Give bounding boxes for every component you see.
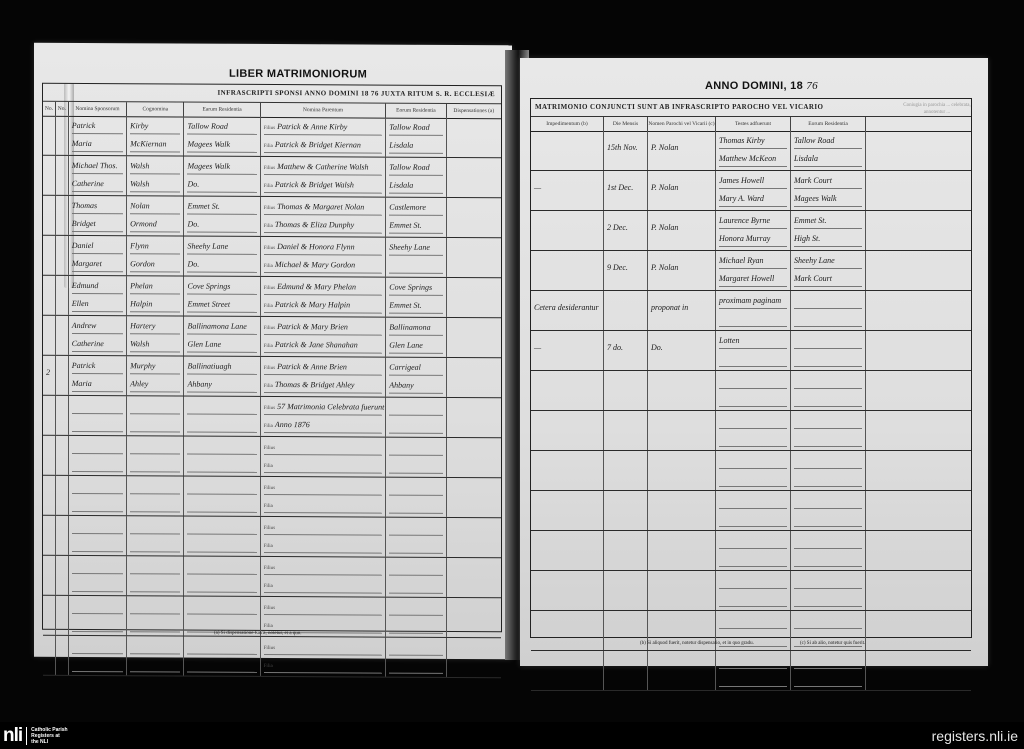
entry-subnumber-cell (56, 556, 69, 595)
impediment-cell (531, 131, 604, 170)
witness-residence-cell (791, 411, 866, 450)
witness-residence-cell (791, 291, 866, 330)
impediment-cell (531, 371, 604, 410)
priest-cell: Do. (648, 331, 716, 370)
impediment-cell (531, 251, 604, 290)
left-banner: INFRASCRIPTI SPONSI ANNO DOMINI 18 76 JU… (217, 89, 495, 98)
right-entries: 15th Nov.P. NolanThomas KirbyMatthew McK… (531, 131, 971, 691)
witness-residence-cell (791, 531, 866, 570)
blank-cell (866, 571, 971, 610)
blank-cell (866, 131, 971, 170)
residence-cell: Sheehy LaneDo. (184, 237, 260, 276)
left-page: LIBER MATRIMONIORUM INFRASCRIPTI SPONSI … (34, 43, 512, 660)
blank-cell (866, 371, 971, 410)
parents-cell: FiliusDaniel & Honora FlynnFiliaMichael … (261, 237, 387, 277)
table-row: EdmundEllenPhelanHalpinCove SpringsEmmet… (43, 276, 501, 318)
surnames-cell: KirbyMcKiernan (127, 116, 184, 155)
entry-number-cell (43, 596, 56, 635)
witnesses-cell (716, 651, 791, 690)
spouse-names-cell (69, 436, 127, 475)
entry-subnumber-cell (56, 276, 69, 315)
table-row: Michael Thos.CatherineWalshWalshMagees W… (43, 156, 501, 198)
dispensation-cell (447, 198, 501, 237)
col-header: Earum Residentia (184, 103, 260, 117)
col-header: Eorum Residentia (791, 117, 866, 131)
entry-number-cell (43, 116, 56, 155)
parents-residence-cell (386, 478, 446, 517)
col-header: Cognomina (127, 102, 184, 116)
dispensation-cell (447, 238, 501, 277)
blank-cell (866, 451, 971, 490)
date-cell (604, 531, 648, 570)
witness-residence-cell: Mark CourtMagees Walk (791, 171, 866, 210)
col-header: Nomen Parochi vel Vicarii (c) (648, 117, 716, 131)
date-cell (604, 371, 648, 410)
right-footnote-b: (b) Si aliquod fuerit, notetur dispensat… (640, 641, 754, 646)
dispensation-cell (447, 158, 501, 197)
residence-cell (184, 437, 260, 476)
surnames-cell (127, 636, 184, 675)
spouse-names-cell: AndrewCatherine (69, 316, 127, 355)
table-row: 2PatrickMariaMurphyAhleyBallinatiuaghAhb… (43, 356, 501, 398)
spouse-names-cell (69, 596, 127, 635)
entry-subnumber-cell (56, 476, 69, 515)
surnames-cell (127, 476, 184, 515)
witnesses-cell (716, 531, 791, 570)
witnesses-cell: Laurence ByrneHonora Murray (716, 211, 791, 250)
parents-cell: FiliusFilia (261, 637, 387, 677)
blank-cell (866, 651, 971, 690)
surnames-cell: PhelanHalpin (127, 276, 184, 315)
date-cell: 15th Nov. (604, 131, 648, 170)
surnames-cell (127, 556, 184, 595)
spouse-names-cell (69, 516, 127, 555)
nli-logo-text: Catholic Parish Registers at the NLI (31, 727, 67, 745)
table-row: FiliusFilia (43, 556, 501, 598)
dispensation-cell (447, 398, 501, 437)
impediment-cell: Cetera desiderantur (531, 291, 604, 330)
parents-cell: FiliusThomas & Margaret NolanFiliaThomas… (261, 197, 387, 237)
residence-cell: BallinatiuaghAhbany (184, 357, 260, 396)
dispensation-cell (447, 358, 501, 397)
parents-cell: FiliusFilia (261, 477, 387, 517)
witnesses-cell: proximam paginam (716, 291, 791, 330)
col-header: Nomina Parentum (261, 103, 387, 118)
marginal-note: Coniugia in parochia ... celebrata, anno… (892, 102, 982, 116)
priest-cell: P. Nolan (648, 211, 716, 250)
entry-number-cell (43, 236, 56, 275)
witnesses-cell (716, 371, 791, 410)
dispensation-cell (447, 518, 501, 557)
residence-cell (184, 637, 260, 676)
witness-residence-cell: Emmet St.High St. (791, 211, 866, 250)
col-header: Impedimentum (b) (531, 117, 604, 131)
parents-residence-cell (386, 558, 446, 597)
col-header: No. (56, 102, 69, 116)
witnesses-cell (716, 491, 791, 530)
priest-cell (648, 411, 716, 450)
table-row: —7 do.Do.Lotten (531, 331, 971, 371)
parents-residence-cell (386, 598, 446, 637)
entry-subnumber-cell (56, 436, 69, 475)
witnesses-cell: James HowellMary A. Ward (716, 171, 791, 210)
spouse-names-cell (69, 396, 127, 435)
blank-cell (866, 331, 971, 370)
entry-subnumber-cell (56, 236, 69, 275)
right-footnote-c: (c) Si ab alio, notetur quis fuerit. (800, 641, 865, 646)
dispensation-cell (447, 638, 501, 677)
surnames-cell: HarteryWalsh (127, 316, 184, 355)
dispensation-cell (447, 318, 501, 357)
impediment-cell (531, 611, 604, 650)
impediment-cell (531, 491, 604, 530)
dispensation-cell (447, 438, 501, 477)
col-header: Testes adfuerunt (716, 117, 791, 131)
dispensation-cell (447, 598, 501, 637)
right-page: ANNO DOMINI, 18 76 MATRIMONIO CONJUNCTI … (520, 58, 988, 666)
branding-bar: nli Catholic Parish Registers at the NLI… (0, 722, 1024, 749)
priest-cell (648, 531, 716, 570)
date-cell: 9 Dec. (604, 251, 648, 290)
witnesses-cell: Michael RyanMargaret Howell (716, 251, 791, 290)
date-cell: 7 do. (604, 331, 648, 370)
blank-cell (866, 171, 971, 210)
entry-number-cell (43, 396, 56, 435)
entry-subnumber-cell (56, 316, 69, 355)
residence-cell: Magees WalkDo. (184, 157, 260, 196)
table-row: FiliusFilia (43, 436, 501, 478)
col-header-blank (866, 117, 971, 131)
blank-cell (866, 611, 971, 650)
date-cell (604, 411, 648, 450)
parents-residence-cell (386, 398, 446, 437)
entry-subnumber-cell (56, 516, 69, 555)
table-row: Cetera desideranturproponat inproximam p… (531, 291, 971, 331)
entry-subnumber-cell (56, 116, 69, 155)
table-row (531, 411, 971, 451)
priest-cell: proponat in (648, 291, 716, 330)
impediment-cell: — (531, 331, 604, 370)
blank-cell (866, 211, 971, 250)
spouse-names-cell: PatrickMaria (69, 116, 127, 155)
spouse-names-cell (69, 636, 127, 675)
residence-cell (184, 557, 260, 596)
impediment-cell (531, 211, 604, 250)
impediment-cell (531, 571, 604, 610)
impediment-cell (531, 651, 604, 690)
witness-residence-cell (791, 651, 866, 690)
entry-number-cell (43, 156, 56, 195)
parents-cell: FiliusFilia (261, 557, 387, 597)
entry-number-cell (43, 196, 56, 235)
logo-divider (26, 727, 27, 745)
table-row (531, 491, 971, 531)
priest-cell (648, 651, 716, 690)
witnesses-cell (716, 411, 791, 450)
entry-number-cell (43, 276, 56, 315)
dispensation-cell (447, 558, 501, 597)
date-cell (604, 651, 648, 690)
date-cell: 1st Dec. (604, 171, 648, 210)
parents-residence-cell: Sheehy Lane (386, 238, 446, 277)
right-page-title: ANNO DOMINI, 18 76 (705, 80, 818, 92)
parents-cell: FiliusEdmund & Mary PhelanFiliaPatrick &… (261, 277, 387, 317)
entry-number-cell (43, 476, 56, 515)
table-row: —1st Dec.P. NolanJames HowellMary A. War… (531, 171, 971, 211)
parents-cell: FiliusMatthew & Catherine WalshFiliaPatr… (261, 157, 387, 197)
priest-cell: P. Nolan (648, 251, 716, 290)
blank-cell (866, 491, 971, 530)
witnesses-cell: Lotten (716, 331, 791, 370)
col-header: Nomina Sponsorum (69, 102, 127, 116)
parents-residence-cell: Tallow RoadLisdala (386, 158, 446, 197)
impediment-cell (531, 451, 604, 490)
dispensation-cell (447, 118, 501, 157)
left-register-table: INFRASCRIPTI SPONSI ANNO DOMINI 18 76 JU… (42, 83, 502, 632)
impediment-cell (531, 531, 604, 570)
date-cell (604, 451, 648, 490)
parents-residence-cell (386, 638, 446, 677)
entry-number-cell (43, 436, 56, 475)
entry-number-cell: 2 (43, 356, 56, 395)
spouse-names-cell: Michael Thos.Catherine (69, 156, 127, 195)
table-row: 9 Dec.P. NolanMichael RyanMargaret Howel… (531, 251, 971, 291)
surnames-cell: NolanOrmond (127, 196, 184, 235)
surnames-cell (127, 516, 184, 555)
table-row: DanielMargaretFlynnGordonSheehy LaneDo.F… (43, 236, 501, 278)
date-cell (604, 291, 648, 330)
witness-residence-cell (791, 451, 866, 490)
table-row (531, 451, 971, 491)
entry-subnumber-cell (56, 356, 69, 395)
entry-number-cell (43, 636, 56, 675)
witnesses-cell (716, 571, 791, 610)
parents-cell: FiliusFilia (261, 437, 387, 477)
blank-cell (866, 291, 971, 330)
residence-cell (184, 397, 260, 436)
entry-subnumber-cell (56, 396, 69, 435)
parents-cell: FiliusPatrick & Anne BrienFiliaThomas & … (261, 357, 387, 397)
register-image-viewer[interactable]: LIBER MATRIMONIORUM INFRASCRIPTI SPONSI … (0, 0, 1024, 722)
table-row: FiliusFilia (43, 476, 501, 518)
parents-cell: FiliusPatrick & Anne KirbyFiliaPatrick &… (261, 117, 387, 157)
surnames-cell: WalshWalsh (127, 156, 184, 195)
left-page-title: LIBER MATRIMONIORUM (229, 68, 367, 81)
nli-logo-mark: nli (3, 726, 22, 745)
priest-cell (648, 451, 716, 490)
date-cell (604, 571, 648, 610)
spouse-names-cell: EdmundEllen (69, 276, 127, 315)
blank-cell (866, 411, 971, 450)
witness-residence-cell (791, 371, 866, 410)
dispensation-cell (447, 278, 501, 317)
right-register-table: MATRIMONIO CONJUNCTI SUNT AB INFRASCRIPT… (530, 98, 972, 638)
entry-number-cell (43, 316, 56, 355)
residence-cell: Tallow RoadMagees Walk (184, 117, 260, 156)
parents-residence-cell (386, 438, 446, 477)
impediment-cell: — (531, 171, 604, 210)
left-footnote: (a) Si dispensatione fuerit, notetur, et… (214, 631, 302, 636)
col-header: No. (43, 102, 56, 116)
spouse-names-cell: DanielMargaret (69, 236, 127, 275)
col-header: Eorum Residentia (386, 104, 446, 118)
parents-cell: FiliusFilia (261, 517, 387, 557)
table-row: 2 Dec.P. NolanLaurence ByrneHonora Murra… (531, 211, 971, 251)
blank-cell (866, 531, 971, 570)
surnames-cell (127, 436, 184, 475)
entry-number-cell (43, 556, 56, 595)
witness-residence-cell (791, 571, 866, 610)
priest-cell: P. Nolan (648, 171, 716, 210)
priest-cell: P. Nolan (648, 131, 716, 170)
left-entries: PatrickMariaKirbyMcKiernanTallow RoadMag… (43, 116, 501, 678)
surnames-cell (127, 396, 184, 435)
parents-residence-cell (386, 518, 446, 557)
priest-cell (648, 371, 716, 410)
blank-cell (866, 251, 971, 290)
spouse-names-cell: PatrickMaria (69, 356, 127, 395)
spouse-names-cell (69, 556, 127, 595)
surnames-cell (127, 596, 184, 635)
residence-cell (184, 477, 260, 516)
residence-cell (184, 517, 260, 556)
entry-subnumber-cell (56, 156, 69, 195)
parents-residence-cell: Tallow RoadLisdala (386, 118, 446, 157)
residence-cell: Emmet St.Do. (184, 197, 260, 236)
priest-cell (648, 491, 716, 530)
surnames-cell: FlynnGordon (127, 236, 184, 275)
right-column-headers: Impedimentum (b) Die Mensis Nomen Paroch… (531, 116, 971, 132)
table-row (531, 371, 971, 411)
entry-subnumber-cell (56, 636, 69, 675)
site-link[interactable]: registers.nli.ie (932, 728, 1018, 744)
col-header: Dispensationes (a) (447, 104, 501, 118)
table-row (531, 531, 971, 571)
table-row (531, 651, 971, 691)
date-cell: 2 Dec. (604, 211, 648, 250)
entry-subnumber-cell (56, 196, 69, 235)
witness-residence-cell: Sheehy LaneMark Court (791, 251, 866, 290)
parents-residence-cell: BallinamonaGlen Lane (386, 318, 446, 357)
col-header: Die Mensis (604, 117, 648, 131)
table-row (531, 571, 971, 611)
date-cell (604, 491, 648, 530)
right-banner: MATRIMONIO CONJUNCTI SUNT AB INFRASCRIPT… (535, 103, 823, 111)
parents-cell: FiliusPatrick & Mary BrienFiliaPatrick &… (261, 317, 387, 357)
table-row: FiliusFilia (43, 636, 501, 678)
witness-residence-cell (791, 331, 866, 370)
impediment-cell (531, 411, 604, 450)
parents-residence-cell: Cove SpringsEmmet St. (386, 278, 446, 317)
spouse-names-cell (69, 476, 127, 515)
surnames-cell: MurphyAhley (127, 356, 184, 395)
residence-cell: Cove SpringsEmmet Street (184, 277, 260, 316)
table-row: Filius57 Matrimonia Celebrata fueruntFil… (43, 396, 501, 438)
parents-residence-cell: CarrigealAhbany (386, 358, 446, 397)
spouse-names-cell: ThomasBridget (69, 196, 127, 235)
residence-cell: Ballinamona LaneGlen Lane (184, 317, 260, 356)
entry-subnumber-cell (56, 596, 69, 635)
dispensation-cell (447, 478, 501, 517)
table-row: 15th Nov.P. NolanThomas KirbyMatthew McK… (531, 131, 971, 171)
parents-residence-cell: CastlemoreEmmet St. (386, 198, 446, 237)
table-row: FiliusFilia (43, 516, 501, 558)
nli-logo[interactable]: nli Catholic Parish Registers at the NLI (3, 726, 68, 745)
witnesses-cell (716, 451, 791, 490)
parents-cell: Filius57 Matrimonia Celebrata fueruntFil… (261, 397, 387, 437)
witness-residence-cell (791, 491, 866, 530)
witnesses-cell: Thomas KirbyMatthew McKeon (716, 131, 791, 170)
table-row: PatrickMariaKirbyMcKiernanTallow RoadMag… (43, 116, 501, 158)
entry-number-cell (43, 516, 56, 555)
table-row: ThomasBridgetNolanOrmondEmmet St.Do.Fili… (43, 196, 501, 238)
priest-cell (648, 571, 716, 610)
witness-residence-cell: Tallow RoadLisdala (791, 131, 866, 170)
table-row: AndrewCatherineHarteryWalshBallinamona L… (43, 316, 501, 358)
